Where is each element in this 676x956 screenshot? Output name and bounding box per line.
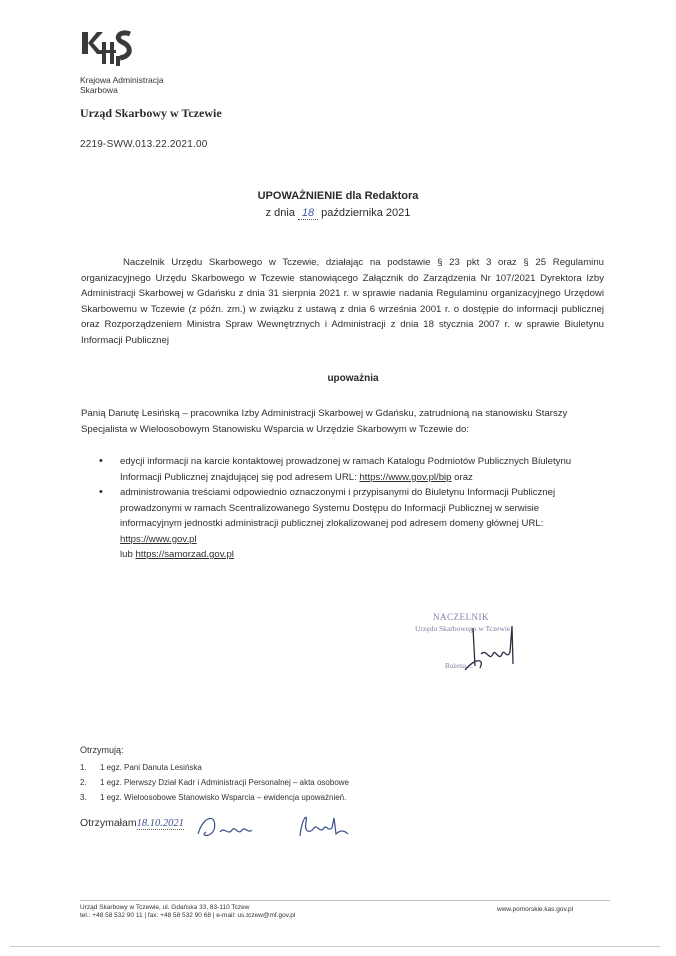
samorzad-link[interactable]: https://samorzad.gov.pl	[135, 549, 233, 560]
footer-address-line-1: Urząd Skarbowy w Tczewie, ul. Gdańska 33…	[80, 904, 295, 912]
recipient-text: 1 egz. Pierwszy Dział Kadr i Administrac…	[100, 778, 349, 787]
recipient-signature	[190, 808, 370, 849]
recipients-heading: Otrzymują:	[80, 745, 124, 755]
scope-item-conjunction: lub	[120, 549, 135, 560]
legal-basis-text: Naczelnik Urzędu Skarbowego w Tczewie, d…	[81, 257, 604, 346]
official-stamp: NACZELNIK Urzędu Skarbowego w Tczewie Bo…	[415, 612, 555, 682]
scope-item-text: administrowania treściami odpowiednio oz…	[120, 487, 555, 529]
kas-logo	[80, 28, 140, 70]
office-name: Urząd Skarbowy w Tczewie	[80, 106, 222, 121]
handwritten-signature-icon	[190, 808, 370, 844]
document-date: z dnia 18 października 2021	[0, 207, 676, 220]
gov-link[interactable]: https://www.gov.pl	[120, 534, 197, 545]
recipient-number: 1.	[80, 760, 87, 775]
authorized-person-paragraph: Panią Danutę Lesińską – pracownika Izby …	[81, 406, 611, 437]
page-bottom-edge	[10, 946, 660, 947]
recipients-list: 1.1 egz. Pani Danuta Lesińska 2.1 egz. P…	[80, 760, 349, 805]
reference-number: 2219-SWW.013.22.2021.00	[80, 139, 207, 150]
date-suffix: października 2021	[321, 207, 410, 219]
scope-item: edycji informacji na karcie kontaktowej …	[95, 454, 595, 485]
document-title: UPOWAŻNIENIE dla Redaktora	[0, 190, 676, 202]
org-line-1: Krajowa Administracja	[80, 75, 164, 85]
recipient-item: 3.1 egz. Wieloosobowe Stanowisko Wsparci…	[80, 790, 349, 805]
date-prefix: z dnia	[266, 207, 295, 219]
kas-logo-icon	[80, 28, 140, 70]
org-line-2: Skarbowa	[80, 85, 164, 95]
signature-icon	[455, 618, 525, 678]
legal-basis-paragraph: Naczelnik Urzędu Skarbowego w Tczewie, d…	[81, 255, 604, 348]
recipient-item: 2.1 egz. Pierwszy Dział Kadr i Administr…	[80, 775, 349, 790]
scope-list: edycji informacji na karcie kontaktowej …	[95, 454, 595, 563]
footer-website: www.pomorskie.kas.gov.pl	[497, 906, 573, 913]
recipient-number: 2.	[80, 775, 87, 790]
authorizes-heading: upoważnia	[0, 373, 676, 384]
scope-item: administrowania treściami odpowiednio oz…	[95, 485, 595, 563]
organization-name: Krajowa Administracja Skarbowa	[80, 75, 164, 95]
recipient-number: 3.	[80, 790, 87, 805]
recipient-item: 1.1 egz. Pani Danuta Lesińska	[80, 760, 349, 775]
scope-item-suffix: oraz	[452, 472, 473, 483]
footer-address: Urząd Skarbowy w Tczewie, ul. Gdańska 33…	[80, 904, 295, 920]
received-label: Otrzymałam	[80, 817, 137, 829]
recipient-text: 1 egz. Pani Danuta Lesińska	[100, 763, 202, 772]
footer-contact-line: tel.: +48 58 532 90 11 | fax: +48 58 532…	[80, 912, 295, 920]
scope-item-text: edycji informacji na karcie kontaktowej …	[120, 456, 571, 483]
received-date-handwritten: 18.10.2021	[137, 818, 184, 830]
date-day-handwritten: 18	[298, 207, 318, 220]
received-line: Otrzymałam18.10.2021	[80, 817, 184, 829]
footer-divider	[80, 900, 610, 901]
bip-link[interactable]: https://www.gov.pl/bip	[359, 472, 451, 483]
recipient-text: 1 egz. Wieloosobowe Stanowisko Wsparcia …	[100, 793, 346, 802]
